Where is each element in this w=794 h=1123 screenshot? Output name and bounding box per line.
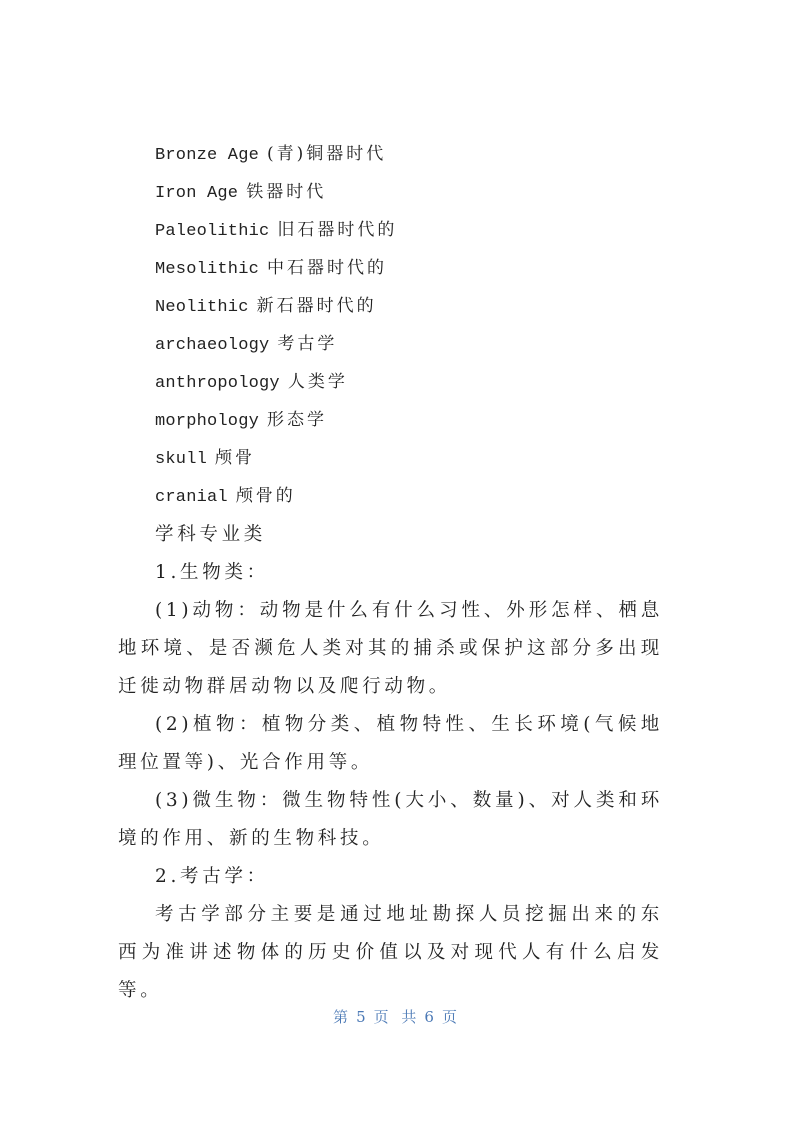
section-heading-biology: 1.生物类：: [118, 554, 663, 592]
vocab-translation: 颅骨的: [236, 486, 296, 506]
paragraph-archaeology: 考古学部分主要是通过地址勘探人员挖掘出来的东西为准讲述物体的历史价值以及对现代人…: [118, 896, 663, 1010]
vocab-term: Mesolithic: [155, 260, 259, 279]
vocab-term: anthropology: [155, 374, 280, 393]
vocab-translation: 新石器时代的: [257, 296, 377, 316]
vocab-translation: 铁器时代: [246, 182, 326, 202]
vocab-translation: 人类学: [288, 372, 348, 392]
page-footer: 第5页 共6页: [0, 1006, 794, 1027]
section-heading-archaeology: 2.考古学：: [118, 858, 663, 896]
vocab-term: Paleolithic: [155, 222, 269, 241]
vocab-item: morphology形态学: [155, 406, 397, 444]
vocab-item: anthropology人类学: [155, 368, 397, 406]
vocab-term: morphology: [155, 412, 259, 431]
vocab-item: archaeology考古学: [155, 330, 397, 368]
vocab-translation: 形态学: [267, 410, 327, 430]
vocab-item: Iron Age铁器时代: [155, 178, 397, 216]
vocab-translation: 中石器时代的: [267, 258, 387, 278]
vocab-term: cranial: [155, 488, 228, 507]
vocab-term: Neolithic: [155, 298, 249, 317]
vocab-translation: (青)铜器时代: [267, 144, 386, 164]
vocab-term: skull: [155, 450, 207, 469]
vocab-item: Bronze Age(青)铜器时代: [155, 140, 397, 178]
vocabulary-list: Bronze Age(青)铜器时代 Iron Age铁器时代 Paleolith…: [155, 140, 397, 520]
total-pages-number: 6: [424, 1008, 438, 1026]
vocab-translation: 考古学: [277, 334, 337, 354]
paragraph-microbes: (3)微生物：微生物特性(大小、数量)、对人类和环境的作用、新的生物科技。: [118, 782, 663, 858]
vocab-item: cranial颅骨的: [155, 482, 397, 520]
vocab-item: Neolithic新石器时代的: [155, 292, 397, 330]
page-label-suffix: 页: [442, 1008, 461, 1026]
page-label-prefix: 第: [333, 1008, 352, 1026]
paragraph-plants: (2)植物：植物分类、植物特性、生长环境(气候地理位置等)、光合作用等。: [118, 706, 663, 782]
vocab-term: Iron Age: [155, 184, 238, 203]
vocab-item: Paleolithic旧石器时代的: [155, 216, 397, 254]
document-body: 学科专业类 1.生物类： (1)动物：动物是什么有什么习性、外形怎样、栖息地环境…: [118, 516, 663, 1010]
section-title: 学科专业类: [118, 516, 663, 554]
current-page-number: 5: [356, 1008, 370, 1026]
vocab-item: Mesolithic中石器时代的: [155, 254, 397, 292]
page-label-middle: 页 共: [374, 1008, 421, 1026]
vocab-translation: 旧石器时代的: [277, 220, 397, 240]
vocab-term: archaeology: [155, 336, 269, 355]
vocab-translation: 颅骨: [215, 448, 255, 468]
document-page: Bronze Age(青)铜器时代 Iron Age铁器时代 Paleolith…: [0, 0, 794, 1123]
vocab-item: skull颅骨: [155, 444, 397, 482]
paragraph-animals: (1)动物：动物是什么有什么习性、外形怎样、栖息地环境、是否濒危人类对其的捕杀或…: [118, 592, 663, 706]
vocab-term: Bronze Age: [155, 146, 259, 165]
